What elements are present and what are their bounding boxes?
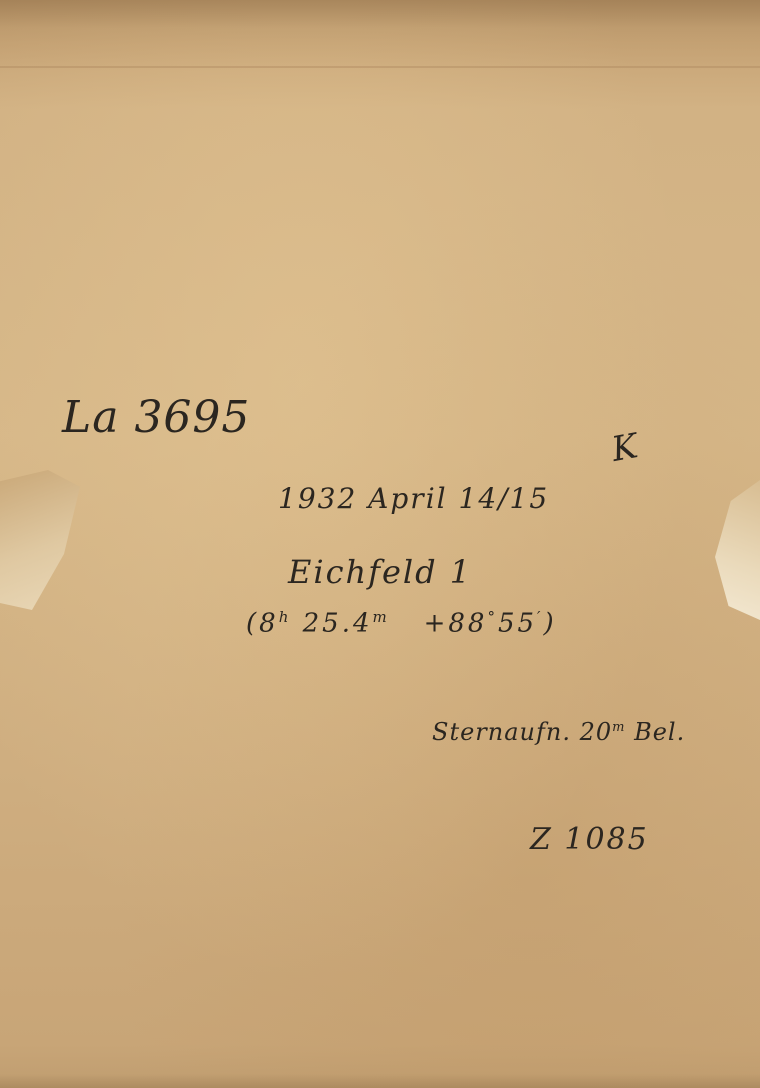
dec-degrees: +88	[424, 609, 488, 639]
ra-hours-unit: h	[279, 608, 292, 626]
ra-minutes-unit: m	[373, 608, 390, 626]
ra-hours: 8	[259, 609, 279, 639]
envelope: La 3695 K 1932 April 14/15 Eichfeld 1 (8…	[0, 0, 760, 1088]
dec-minutes: 55	[498, 609, 537, 639]
catalog-number: La 3695	[62, 392, 250, 443]
observation-date: 1932 April 14/15	[278, 482, 549, 515]
plate-note-text: Sternaufn. 20	[432, 718, 612, 746]
zone-number: Z 1085	[530, 822, 649, 857]
top-fold-shadow	[0, 0, 760, 70]
bottom-edge	[0, 1074, 760, 1088]
coord-open-paren: (	[246, 609, 259, 639]
corner-mark: K	[609, 426, 642, 470]
coord-close-paren: )	[543, 609, 556, 639]
right-tear	[715, 480, 760, 620]
plate-note: Sternaufn. 20m Bel.	[432, 718, 685, 746]
coordinates: (8h 25.4m +88°55′)	[246, 608, 557, 639]
left-tear	[0, 470, 80, 610]
ra-minutes: 25.4	[303, 609, 373, 639]
object-name: Eichfeld 1	[288, 553, 472, 591]
dec-degrees-unit: °	[487, 608, 498, 626]
plate-note-suffix: Bel.	[625, 718, 685, 746]
plate-note-unit: m	[612, 720, 625, 735]
top-crease	[0, 66, 760, 68]
